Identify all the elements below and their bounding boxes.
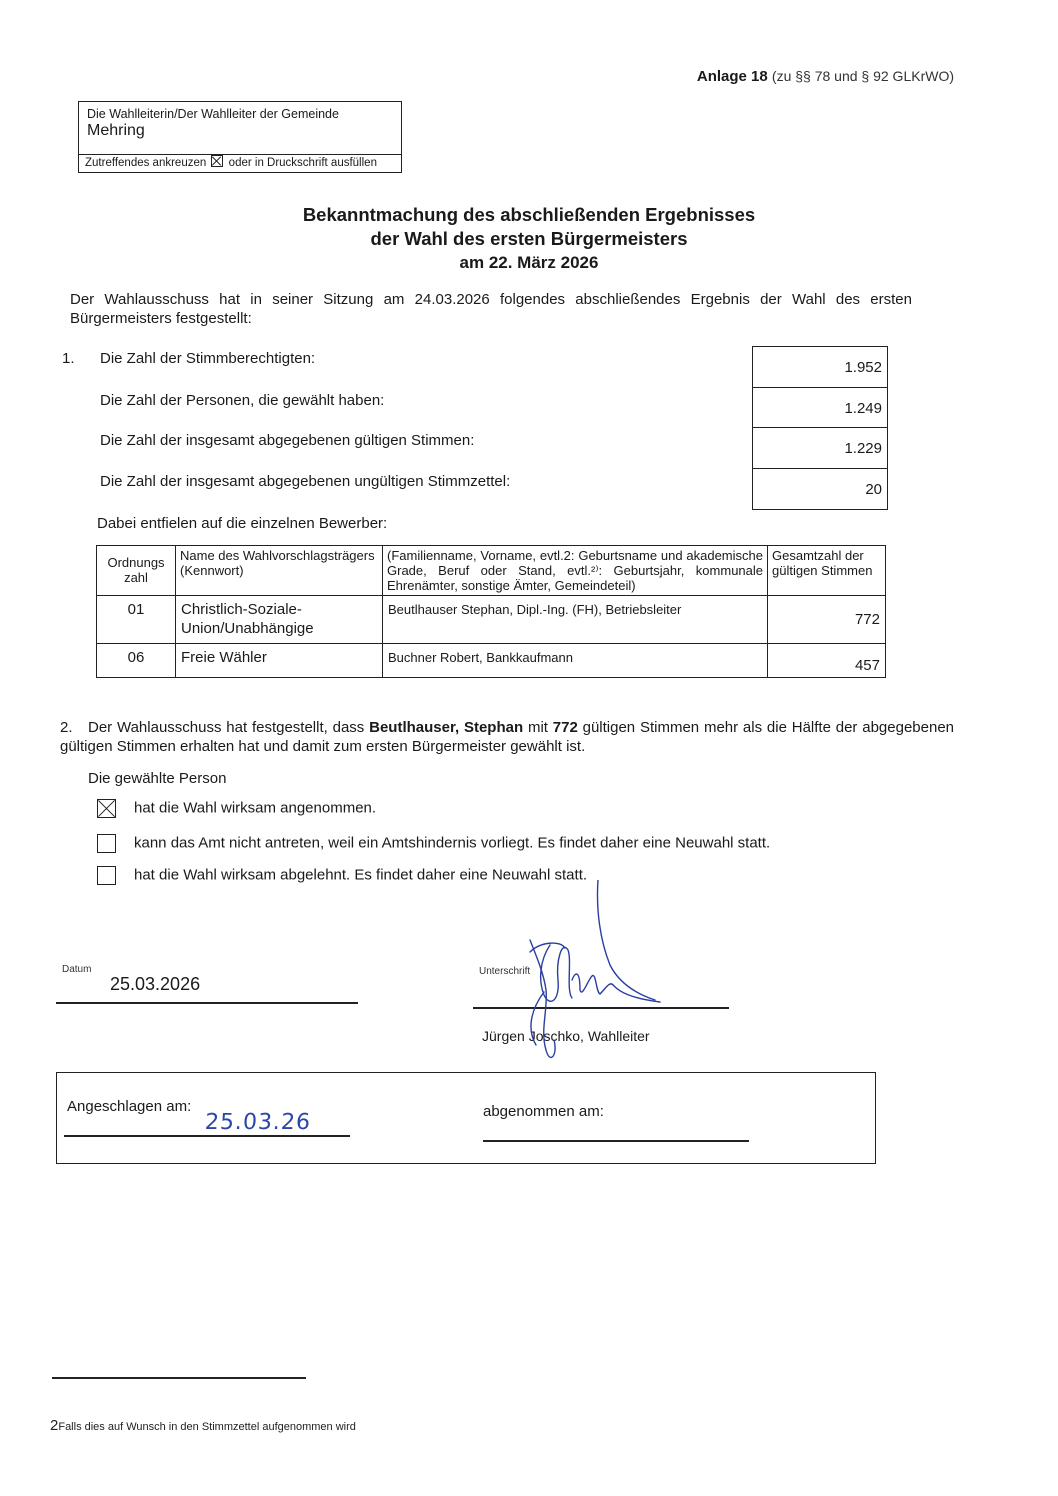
instruction-text-end: oder in Druckschrift ausfüllen <box>229 157 377 169</box>
removed-label: abgenommen am: <box>483 1103 604 1120</box>
date-line <box>56 1002 358 1004</box>
cell-candidate: Buchner Robert, Bankkaufmann <box>383 644 768 678</box>
header-candidate: (Familienname, Vorname, evtl.2: Geburtsn… <box>383 546 768 596</box>
cell-candidate: Beutlhauser Stephan, Dipl.-Ing. (FH), Be… <box>383 596 768 644</box>
winner-name: Beutlhauser, Stephan <box>369 719 523 736</box>
stat-value-valid: 1.229 <box>753 428 887 469</box>
document-title: Bekanntmachung des abschließenden Ergebn… <box>0 203 1058 275</box>
header-party: Name des Wahlvorschlagsträgers (Kennwort… <box>176 546 383 596</box>
stat-value-invalid: 20 <box>753 469 887 510</box>
candidates-intro: Dabei entfielen auf die einzelnen Bewerb… <box>97 515 387 532</box>
table-header-row: Ordnungs zahl Name des Wahlvorschlagsträ… <box>97 546 886 596</box>
checkbox-empty-icon[interactable] <box>97 866 116 885</box>
title-line-3: am 22. März 2026 <box>0 251 1058 275</box>
option-accepted[interactable]: hat die Wahl wirksam angenommen. <box>97 799 376 818</box>
option-cannot-take-office-label: kann das Amt nicht antreten, weil ein Am… <box>134 834 770 851</box>
option-cannot-take-office[interactable]: kann das Amt nicht antreten, weil ein Am… <box>97 834 770 853</box>
option-accepted-label: hat die Wahl wirksam angenommen. <box>134 799 376 816</box>
stat-value-voters: 1.249 <box>753 388 887 429</box>
cell-votes: 772 <box>768 596 886 644</box>
instruction-text-start: Zutreffendes ankreuzen <box>85 157 206 169</box>
municipality-label: Die Wahlleiterin/Der Wahlleiter der Geme… <box>87 107 339 121</box>
municipality-box: Die Wahlleiterin/Der Wahlleiter der Geme… <box>78 101 402 173</box>
date-label: Datum <box>62 964 91 975</box>
removed-line <box>483 1140 749 1142</box>
table-row: 06 Freie Wähler Buchner Robert, Bankkauf… <box>97 644 886 678</box>
date-value: 25.03.2026 <box>110 974 200 995</box>
fill-instruction: Zutreffendes ankreuzen oder in Druckschr… <box>79 154 401 172</box>
header-votes: Gesamtzahl der gültigen Stimmen <box>768 546 886 596</box>
annex-legal-reference: (zu §§ 78 und § 92 GLKrWO) <box>772 68 954 84</box>
checkbox-checked-icon[interactable] <box>97 799 116 818</box>
stat-value-eligible: 1.952 <box>753 347 887 388</box>
footnote: 2Falls dies auf Wunsch in den Stimmzette… <box>50 1417 356 1434</box>
posted-line <box>64 1135 350 1137</box>
handwritten-signature-icon <box>510 880 670 1070</box>
cell-order-number: 06 <box>97 644 176 678</box>
cell-order-number: 01 <box>97 596 176 644</box>
section-2-number: 2. <box>60 718 88 737</box>
municipality-value: Mehring <box>87 122 145 140</box>
footnote-separator <box>52 1377 306 1379</box>
cell-votes: 457 <box>768 644 886 678</box>
annex-number: Anlage 18 <box>697 68 768 85</box>
intro-paragraph: Der Wahlausschuss hat in seiner Sitzung … <box>70 290 912 328</box>
elected-person-label: Die gewählte Person <box>88 770 226 787</box>
stat-label-invalid: Die Zahl der insgesamt abgegebenen ungül… <box>100 473 510 490</box>
cell-party: Freie Wähler <box>176 644 383 678</box>
checkbox-cross-icon <box>211 155 223 167</box>
winner-votes: 772 <box>553 719 578 736</box>
checkbox-empty-icon[interactable] <box>97 834 116 853</box>
stats-value-box: 1.952 1.249 1.229 20 <box>752 346 888 510</box>
section-2-text-2: mit <box>523 719 553 736</box>
header-order-number: Ordnungs zahl <box>97 546 176 596</box>
table-row: 01 Christlich-Soziale-Union/Unabhängige … <box>97 596 886 644</box>
stat-label-voters: Die Zahl der Personen, die gewählt haben… <box>100 392 384 409</box>
posted-date-handwritten: 25.03.26 <box>204 1110 312 1135</box>
footnote-text: Falls dies auf Wunsch in den Stimmzettel… <box>58 1421 356 1433</box>
cell-party: Christlich-Soziale-Union/Unabhängige <box>176 596 383 644</box>
posted-label: Angeschlagen am: <box>67 1098 191 1115</box>
section-2-paragraph: 2.Der Wahlausschuss hat festgestellt, da… <box>60 718 954 756</box>
section-1-number: 1. <box>62 350 75 367</box>
stat-label-valid: Die Zahl der insgesamt abgegebenen gülti… <box>100 432 474 449</box>
title-line-1: Bekanntmachung des abschließenden Ergebn… <box>0 203 1058 227</box>
candidates-table: Ordnungs zahl Name des Wahlvorschlagsträ… <box>96 545 886 678</box>
posting-box <box>56 1072 876 1164</box>
section-2-text-1: Der Wahlausschuss hat festgestellt, dass <box>88 719 369 736</box>
annex-reference: Anlage 18 (zu §§ 78 und § 92 GLKrWO) <box>697 68 954 85</box>
title-line-2: der Wahl des ersten Bürgermeisters <box>0 227 1058 251</box>
stat-label-eligible: Die Zahl der Stimmberechtigten: <box>100 350 315 367</box>
